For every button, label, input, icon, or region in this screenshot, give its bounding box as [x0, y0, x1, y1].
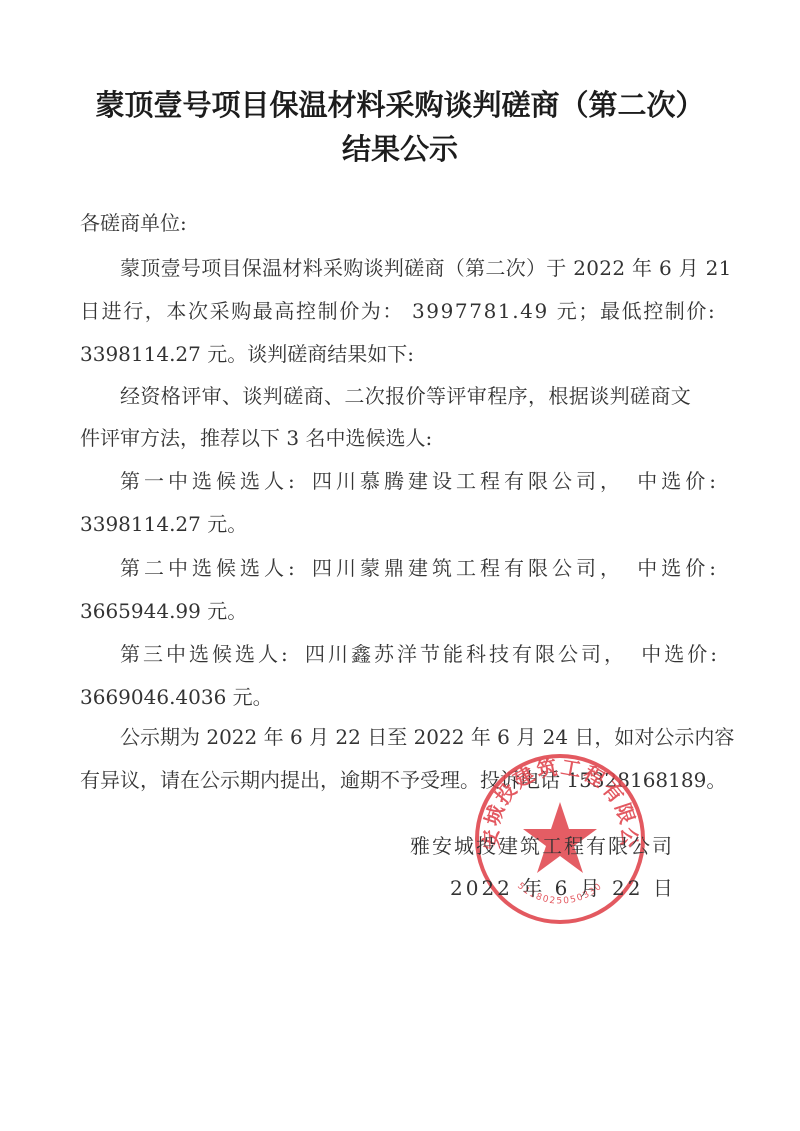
- title-line-2: 结果公示: [0, 127, 800, 168]
- candidate-price-label: 中选价:: [637, 552, 720, 581]
- signature-date: 2022 年 6 月 22 日: [450, 872, 676, 901]
- candidate-price-label: 中选价:: [641, 638, 720, 667]
- candidate-price: 3669046.4036 元。: [80, 681, 273, 710]
- candidate-company: 四川蒙鼎建筑工程有限公司，: [312, 552, 624, 581]
- candidate-rank: 第三中选候选人:: [120, 638, 291, 667]
- candidate-company: 四川鑫苏洋节能科技有限公司，: [305, 638, 627, 667]
- candidate-rank: 第二中选候选人:: [120, 552, 299, 581]
- paragraph-2-line-1: 经资格评审、谈判磋商、二次报价等评审程序，根据谈判磋商文: [120, 380, 691, 409]
- candidate-price: 3398114.27 元。: [80, 508, 247, 537]
- signature-company: 雅安城投建筑工程有限公司: [410, 830, 674, 859]
- paragraph-1-line-2: 日进行，本次采购最高控制价为： 3997781.49 元；最低控制价:: [80, 295, 716, 324]
- candidate-price-label: 中选价:: [637, 465, 720, 494]
- paragraph-1-line-3: 3398114.27 元。谈判磋商结果如下:: [80, 338, 414, 367]
- notice-line-1: 公示期为 2022 年 6 月 22 日至 2022 年 6 月 24 日，如对…: [120, 721, 734, 750]
- paragraph-1-line-1: 蒙顶壹号项目保温材料采购谈判磋商（第二次）于 2022 年 6 月 21: [120, 252, 732, 281]
- paragraph-2-line-2: 件评审方法，推荐以下 3 名中选候选人:: [80, 422, 432, 451]
- candidate-company: 四川慕腾建设工程有限公司，: [312, 465, 624, 494]
- salutation: 各磋商单位:: [80, 207, 187, 236]
- candidate-price: 3665944.99 元。: [80, 595, 247, 624]
- title-line-1: 蒙顶壹号项目保温材料采购谈判磋商（第二次）: [0, 83, 800, 124]
- candidate-rank: 第一中选候选人:: [120, 465, 299, 494]
